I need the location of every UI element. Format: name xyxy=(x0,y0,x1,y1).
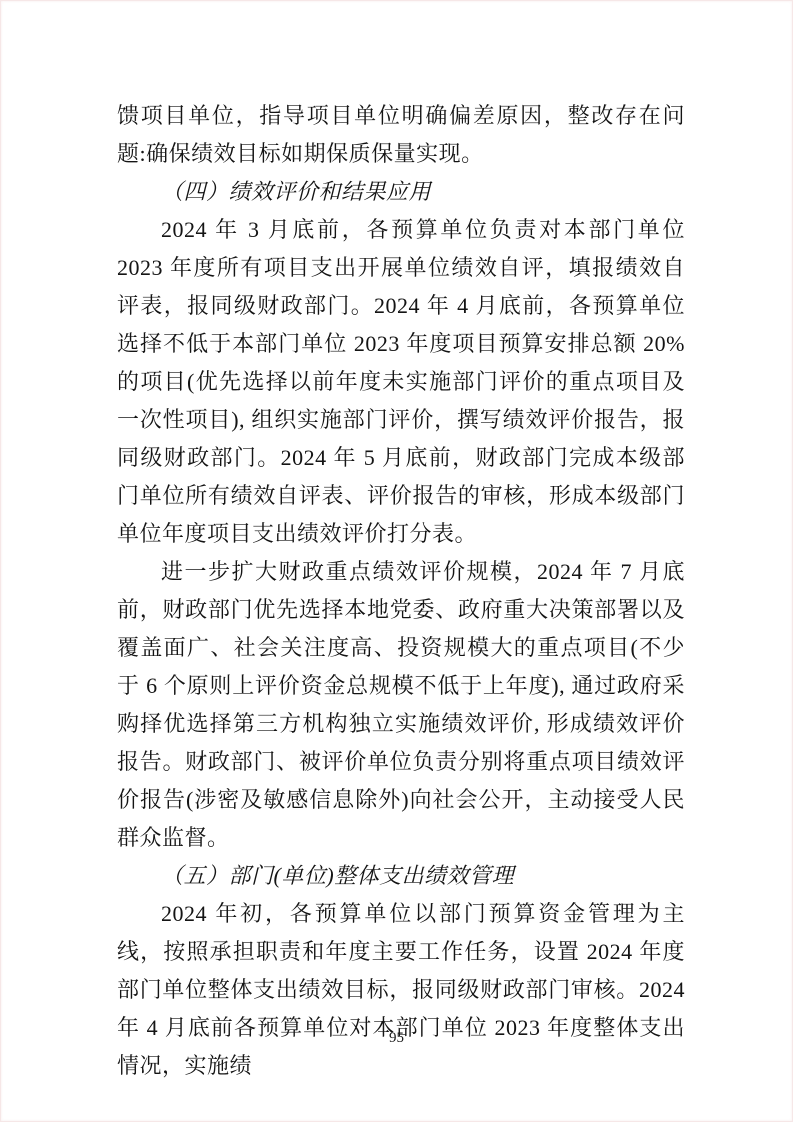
document-page: 馈项目单位，指导项目单位明确偏差原因，整改存在问题:确保绩效目标如期保质保量实现… xyxy=(0,0,793,1122)
paragraph-key-performance-evaluation-expansion: 进一步扩大财政重点绩效评价规模，2024 年 7 月底前，财政部门优先选择本地党… xyxy=(117,553,685,857)
page-number: 95 xyxy=(0,1028,793,1048)
section-heading-department-overall-expenditure: （五）部门(单位)整体支出绩效管理 xyxy=(117,857,685,895)
paragraph-overall-expenditure-targets: 2024 年初，各预算单位以部门预算资金管理为主线，按照承担职责和年度主要工作任… xyxy=(117,895,685,1085)
paragraph-feedback-continuation: 馈项目单位，指导项目单位明确偏差原因，整改存在问题:确保绩效目标如期保质保量实现… xyxy=(117,97,685,173)
section-heading-performance-evaluation-and-results: （四）绩效评价和结果应用 xyxy=(117,173,685,211)
document-text-block: 馈项目单位，指导项目单位明确偏差原因，整改存在问题:确保绩效目标如期保质保量实现… xyxy=(117,97,685,1085)
paragraph-self-evaluation-schedule: 2024 年 3 月底前，各预算单位负责对本部门单位 2023 年度所有项目支出… xyxy=(117,211,685,553)
